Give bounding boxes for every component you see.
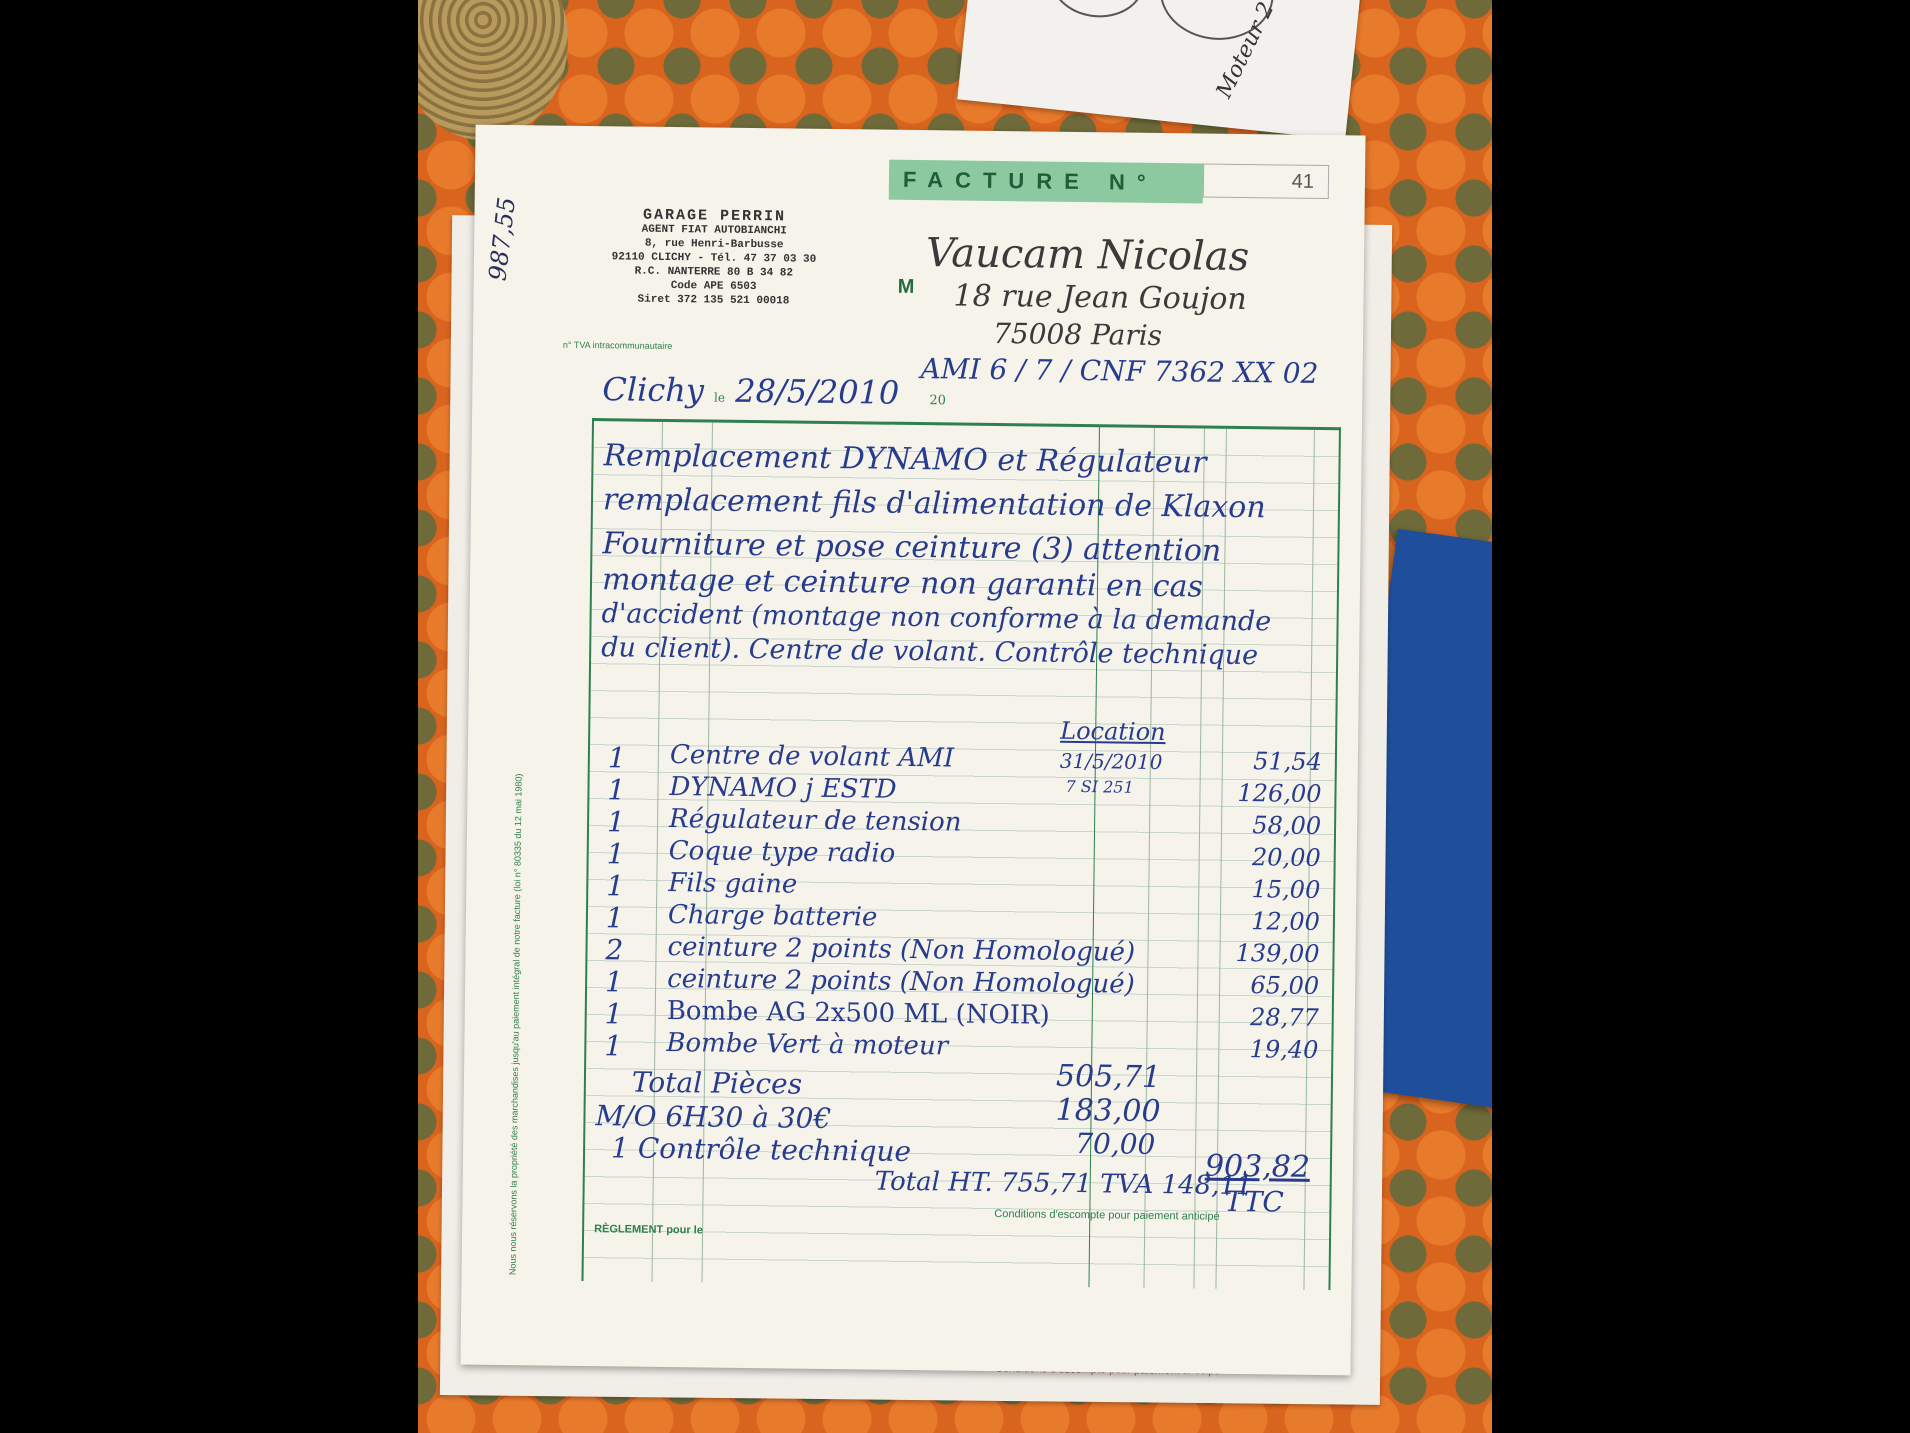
tva-label: n° TVA intracommunautaire [563, 340, 672, 351]
line-item: 1 Fils gaine 15,00 [594, 421, 1339, 430]
top-note-paper: Moteur 2 CV [957, 0, 1361, 140]
total-ht-label: Total HT. [875, 1167, 993, 1198]
line-item: 1 Bombe Vert à moteur 19,40 [594, 421, 1339, 430]
parts-total-label: Total Pièces [632, 1066, 803, 1101]
annotation-label: Location [1060, 717, 1166, 746]
description-line: remplacement fils d'alimentation de Klax… [603, 483, 1266, 525]
line-item: 1 Coque type radio 20,00 [594, 421, 1339, 430]
recipient-prefix: M [898, 276, 915, 299]
invoice-title: FACTURE N° [889, 160, 1203, 204]
total-ttc-value: 903,82 [1205, 1149, 1310, 1185]
line-item: 1 DYNAMO j ESTD 126,00 [594, 421, 1339, 430]
place: Clichy [602, 370, 704, 409]
photo: Moteur 2 CV Conditions d'escompte pour p… [418, 0, 1492, 1433]
total-ht-value: 755,71 [1001, 1168, 1092, 1199]
labor-label: M/O 6H30 à 30€ [595, 1099, 831, 1135]
issuer-stamp: GARAGE PERRIN AGENT FIAT AUTOBIANCHI 8, … [593, 208, 834, 309]
annotation-date: 31/5/2010 [1060, 749, 1163, 774]
invoice-table: Remplacement DYNAMO et Régulateur rempla… [581, 418, 1340, 1290]
control-value: 70,00 [1075, 1127, 1156, 1161]
recipient-street: 18 rue Jean Goujon [953, 278, 1247, 317]
woven-coaster [418, 0, 568, 140]
tva-label: TVA [1100, 1169, 1154, 1200]
invoice-sheet: 987,55 FACTURE N° 41 GARAGE PERRIN AGENT… [460, 125, 1365, 1376]
issuer-line: Siret 372 135 521 00018 [593, 292, 833, 309]
invoice-date: 28/5/2010 [735, 372, 900, 412]
discount-conditions: Conditions d'escompte pour paiement anti… [994, 1208, 1219, 1223]
total-ht-row: Total HT. 755,71 TVA 148,11 [875, 1167, 1253, 1202]
line-item: 1 Régulateur de tension 58,00 [594, 421, 1339, 430]
line-item: 1 Centre de volant AMI 51,54 [594, 421, 1339, 430]
parts-total-value: 505,71 [1056, 1059, 1161, 1095]
scribble-circle [1047, 0, 1148, 22]
total-ttc-label: TTC [1224, 1185, 1284, 1219]
labor-value: 183,00 [1055, 1093, 1160, 1129]
place-date: Clichy le 28/5/2010 20 [602, 370, 946, 412]
vehicle-reference: AMI 6 / 7 / CNF 7362 XX 02 [920, 352, 1318, 390]
recipient-name: Vaucam Nicolas [926, 230, 1250, 280]
payment-label: RÈGLEMENT pour le [594, 1223, 703, 1236]
issuer-line: 92110 CLICHY - Tél. 47 37 03 30 [594, 250, 834, 267]
control-label: 1 Contrôle technique [611, 1131, 911, 1168]
invoice-number: 41 [1203, 164, 1329, 200]
line-item: 2 ceinture 2 points (Non Homologué) 139,… [594, 421, 1339, 430]
side-note-amount: 987,55 [483, 196, 521, 283]
year-prefix: 20 [929, 393, 946, 408]
line-item: 1 ceinture 2 points (Non Homologué) 65,0… [594, 421, 1339, 430]
date-prefix: le [714, 391, 725, 405]
description-line: du client). Centre de volant. Contrôle t… [601, 631, 1258, 673]
description-line: Remplacement DYNAMO et Régulateur [603, 439, 1206, 480]
recipient-city: 75008 Paris [993, 317, 1162, 352]
line-item: 1 Charge batterie 12,00 [594, 421, 1339, 430]
annotation-ref: 7 SI 251 [1065, 777, 1133, 797]
line-item: 1 Bombe AG 2x500 ML (NOIR) 28,77 [594, 421, 1339, 430]
